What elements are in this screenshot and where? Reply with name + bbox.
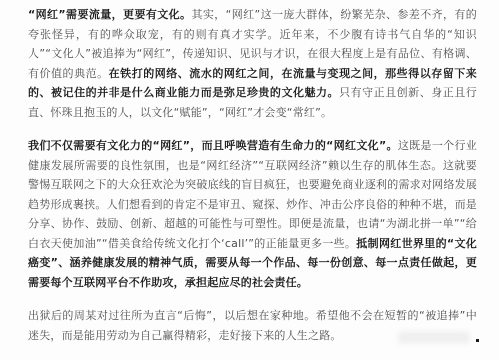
article-paragraph: “网红”需要流量，更要有文化。其实，“网红”这一庞大群体，纷繁芜杂、参差不齐，有…	[28, 5, 477, 122]
text-segment: “网红”需要流量，更要有文化。	[28, 8, 191, 21]
article-body: “网红”需要流量，更要有文化。其实，“网红”这一庞大群体，纷繁芜杂、参差不齐，有…	[28, 5, 477, 359]
text-segment: 这既是一个行业健康发展所需要的良性氛围，也是“网红经济”“互联网经济”赖以生存的…	[28, 139, 477, 250]
watermark-blur	[398, 331, 470, 344]
corner-dot	[476, 339, 479, 342]
article-page: “网红”需要流量，更要有文化。其实，“网红”这一庞大群体，纷繁芜杂、参差不齐，有…	[0, 0, 499, 360]
article-paragraph: 我们不仅需要有文化力的“网红”，而且呼唤营造有生命力的“网红文化”。这既是一个行…	[28, 136, 477, 292]
text-segment: 我们不仅需要有文化力的“网红”，而且呼唤营造有生命力的“网红文化”。	[28, 139, 398, 152]
